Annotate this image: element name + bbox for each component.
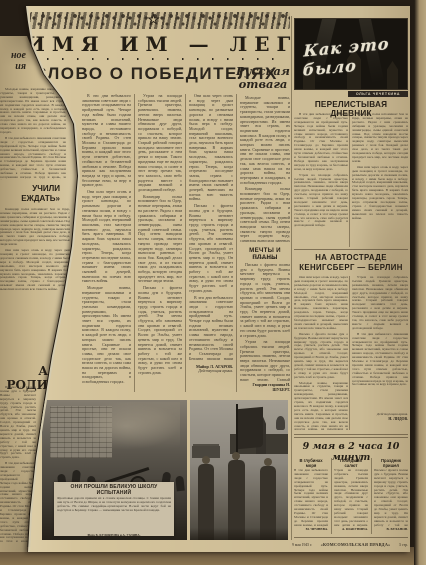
victory-item-head: В глубинах моря [294,458,328,468]
footer-paper-title: «КОМСОМОЛЬСКАЯ ПРАВДА» [321,542,391,547]
caption-title: ОНИ ПРОШЛИ ВЕЛИКУЮ ШКОЛУ ИСПЫТАНИЙ [57,484,171,496]
column-rule [134,94,135,392]
autobahn-title: НА АВТОСТРАДЕ КЕНИГСБЕРГ — БЕРЛИН [294,253,408,272]
battle-photo: ОНИ ПРОШЛИ ВЕЛИКУЮ ШКОЛУ ИСПЫТАНИЙ Фронт… [42,400,187,540]
section-divider [294,249,408,250]
body-paragraph: Командир полка вспоминает бои за Одер, н… [240,187,290,242]
victory-item-1: В глубинах моря В эти дни небывалого лик… [294,458,328,532]
lead-article-column-3: Они шли через огонь и воду, через дым по… [189,94,233,360]
soldier-head [202,456,210,464]
victory-bottom-rule [294,537,408,538]
column-rule [331,458,332,534]
victory-banner [238,407,263,449]
page-footer: 9 мая 1945 г. «КОМСОМОЛЬСКАЯ ПРАВДА» 3 с… [292,542,408,547]
autobahn-column-1: Они шли через огонь и воду, через дым по… [294,276,348,430]
victory-item-head: Победный салют [334,458,368,468]
column-rule [236,94,237,392]
kak-eto-bylo-photo: Как это было [294,18,408,90]
battle-photo-caption: ОНИ ПРОШЛИ ВЕЛИКУЮ ШКОЛУ ИСПЫТАНИЙ Фронт… [54,482,174,536]
adjacent-page-edge [414,0,426,565]
footer-page-number: 3 стр. [399,543,408,547]
body-paragraph: В эти дни небывалого ликования советские… [294,113,348,172]
caption-credit: Фото Б. КУДОЯРОВА и А. УЗЛЯНА. [57,533,171,537]
diary-column-2: Командир полка вспоминает бои за Одер, н… [352,113,408,247]
lead-article-signature-note: Действующая армия. [189,369,233,374]
body-paragraph: В эти дни небывалого ликования советские… [352,333,408,388]
mechty-signature: Гвардии старшина Н. ШУБЕРТ. [240,383,290,393]
body-paragraph: Утром на площади собрались тысячи людей.… [240,340,290,381]
lead-article-column-1: В эти дни небывалого ликования советские… [82,94,131,392]
body-paragraph: Молодые воины, вчерашние школьники и сту… [240,96,290,185]
body-paragraph: Командир полка вспоминает бои за Одер, н… [138,195,182,284]
body-paragraph: Утром на площади собрались тысячи людей.… [138,94,182,193]
footer-date: 9 мая 1945 г. [292,543,312,547]
otvaga-title: Русская отвага [236,65,290,90]
lead-article-signature-block: Майор Л. АГАРОВ. Действующая армия. [189,364,233,374]
body-paragraph: Письма с фронта полны дум о будущем. Вои… [294,333,348,380]
section-rule [291,16,292,540]
victory-item-signature: М. ЧЕЧНЕВА. [294,527,328,532]
main-page-shadow-wrap: ИМЯ ИМ — ЛЕГИОН СЛОВО О ПОБЕДИТЕЛЯХ Русс… [0,6,410,552]
soldier-head [232,452,240,460]
mechty-text: Письма с фронта полны дум о будущем. Вои… [240,263,290,381]
lead-article-column-2: Утром на площади собрались тысячи людей.… [138,94,182,392]
main-page: ИМЯ ИМ — ЛЕГИОН СЛОВО О ПОБЕДИТЕЛЯХ Русс… [0,6,410,552]
ground-shadow [190,528,288,540]
autobahn-signature: Н. ЛИДОВ. [352,417,408,422]
column-rule [349,113,350,247]
column-rule [349,276,350,430]
body-paragraph: Молодые воины, вчерашние школьники и сту… [294,382,348,430]
cathedral-dome [276,416,285,430]
autobahn-column-2: Утром на площади собрались тысячи людей.… [352,276,408,410]
body-paragraph: Письма с фронта полны дум о будущем. Вои… [138,286,182,375]
body-paragraph: Они шли через огонь и воду, через дым по… [189,94,233,202]
diary-byline: ОЛЬГА ЧЕЧЕТКИНА [348,91,408,97]
body-paragraph: Утром на площади собрались тысячи людей.… [294,174,348,229]
victory-item-head: Праздник пришел [374,458,408,468]
column-rule [185,94,186,392]
body-paragraph: Утром на площади собрались тысячи людей.… [352,276,408,331]
column-rule [371,458,372,534]
victory-item-signature: А. ШАБУНИНА. [334,527,368,532]
victory-item-text: В эти дни небывалого ликования советские… [294,469,328,527]
body-paragraph: Командир полка вспоминает бои за Одер, н… [352,113,408,164]
body-paragraph: Письма с фронта полны дум о будущем. Вои… [189,204,233,293]
double-rule-top [294,434,408,435]
autobahn-title-line1: НА АВТОСТРАДЕ [294,253,408,263]
victory-item-3: Праздник пришел Письма с фронта полны ду… [374,458,408,532]
caption-text: Фронтовые дороги привели их к стенам вра… [57,497,171,533]
victory-item-2: Победный салют Утром на площади собралис… [334,458,368,532]
victory-item-text: Письма с фронта полны дум о будущем. Вои… [374,469,408,527]
soldier-head [264,458,272,466]
autobahn-title-line2: КЕНИГСБЕРГ — БЕРЛИН [294,263,408,273]
otvaga-title-line1: Русская [236,65,290,78]
mechty-subtitle: Письма воинов [238,256,292,260]
body-paragraph: Письма с фронта полны дум о будущем. Вои… [240,263,290,338]
soldier-silhouette [175,476,185,492]
body-paragraph: В эти дни небывалого ликования советские… [189,296,233,360]
body-paragraph: В эти дни небывалого ликования советские… [82,94,131,188]
autobahn-signature-block: Действующая армия. Н. ЛИДОВ. [352,412,408,422]
smoke-cloud [90,402,180,450]
garland-ornament-band [30,12,290,29]
diary-column-1: В эти дни небывалого ликования советские… [294,113,348,247]
otvaga-title-line2: отвага [236,78,290,91]
newspaper-photo: ное ия Молодые воины, вчерашние школьник… [0,0,426,565]
victory-item-text: Утром на площади собрались тысячи людей.… [334,469,368,527]
banner-bearers-photo [190,400,288,540]
victory-item-signature: В. БУЛАНОВ. [374,527,408,532]
body-paragraph: Молодые воины, вчерашние школьники и сту… [82,286,131,385]
otvaga-text: Молодые воины, вчерашние школьники и сту… [240,96,290,242]
body-paragraph: Они шли через огонь и воду, через дым по… [352,166,408,221]
headline-dotted-leader [32,58,282,60]
body-paragraph: Они шли через огонь и воду, через дым по… [294,276,348,331]
body-paragraph: Они шли через огонь и воду, через дым по… [82,190,131,284]
double-rule-bottom [294,437,408,438]
